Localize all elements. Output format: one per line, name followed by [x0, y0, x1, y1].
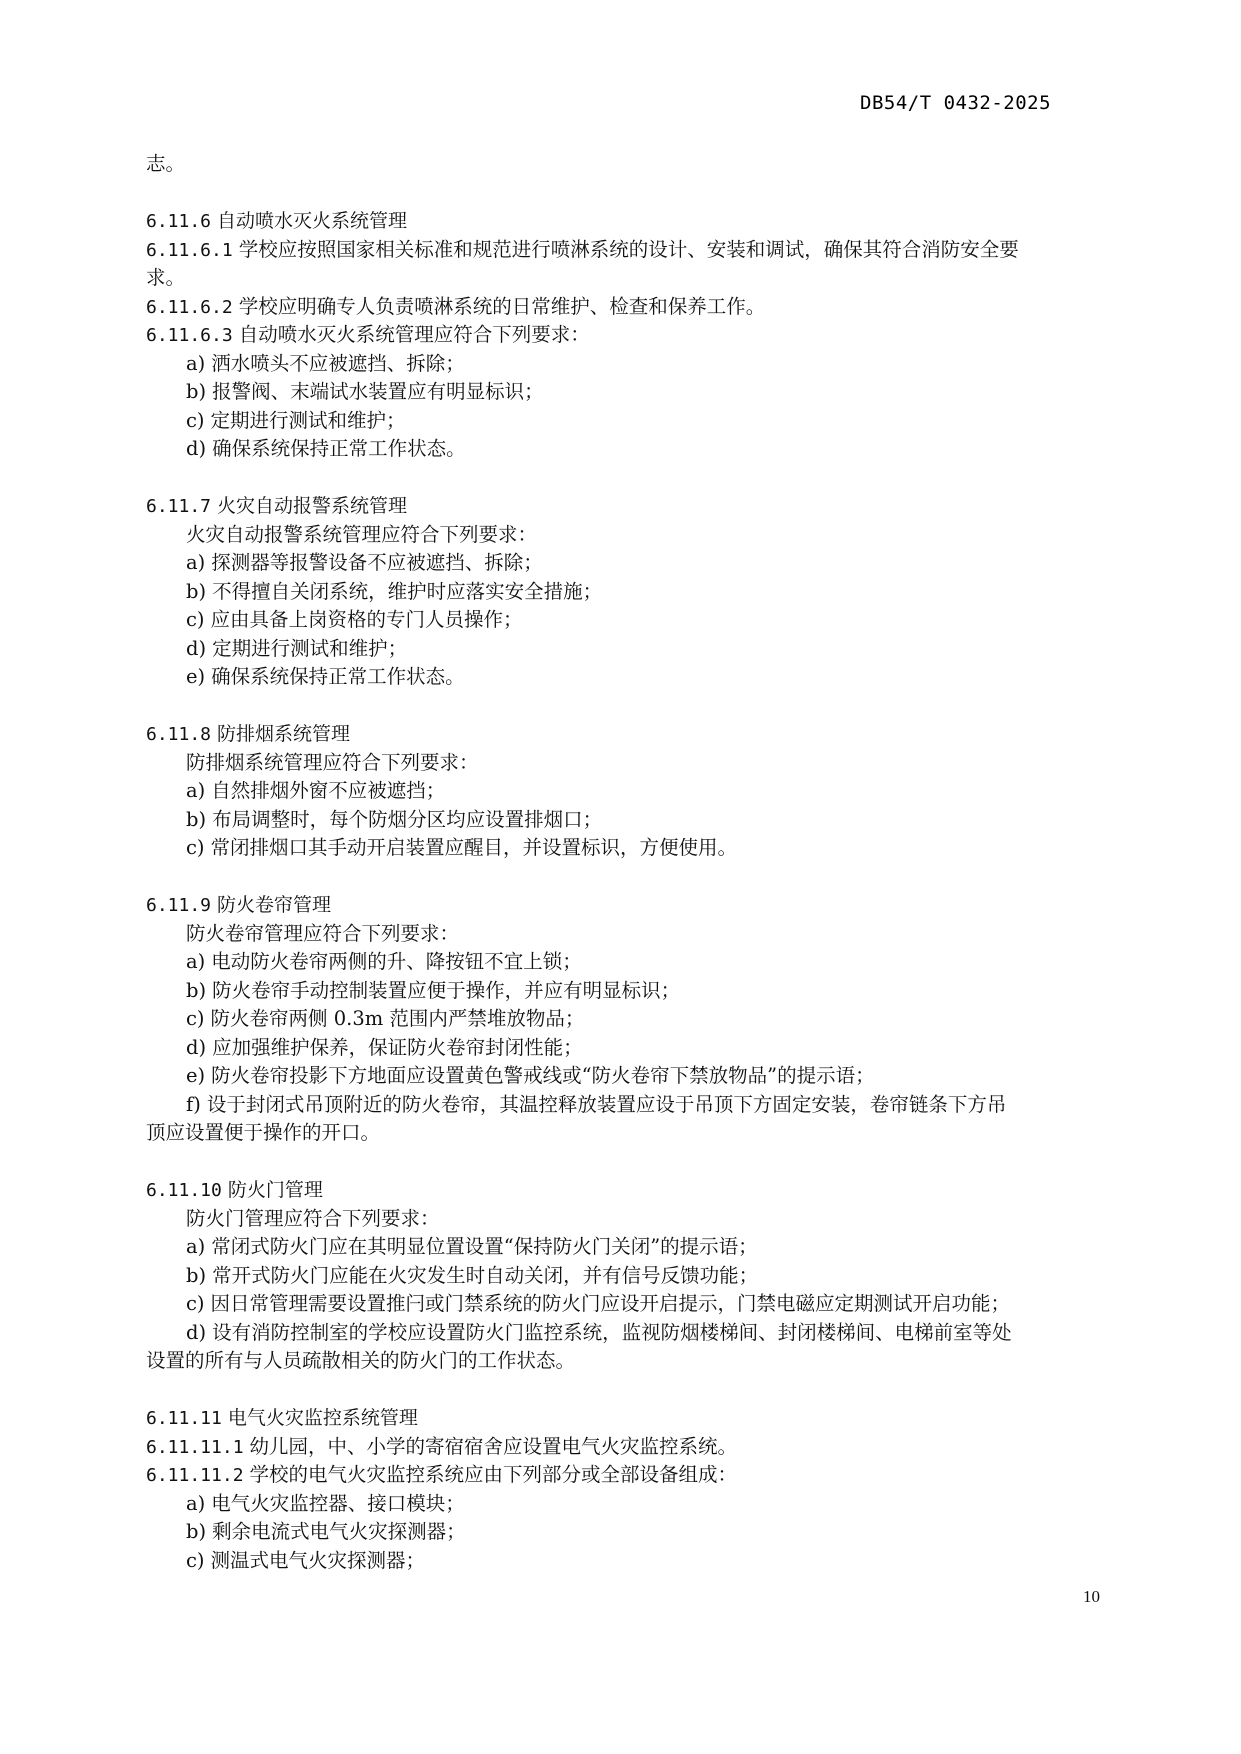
clause-number: 6.11.6.1 [146, 240, 233, 261]
list-text: 测温式电气火灾探测器； [211, 1549, 426, 1572]
list-tag: a) [186, 1235, 205, 1258]
section-heading-6-11-6: 6.11.6自动喷水灭火系统管理 [146, 207, 1126, 236]
list-text: 防火卷帘手动控制装置应便于操作，并应有明显标识； [212, 979, 680, 1002]
list-item: b)防火卷帘手动控制装置应便于操作，并应有明显标识； [146, 977, 1126, 1006]
list-item: b)常开式防火门应能在火灾发生时自动关闭，并有信号反馈功能； [146, 1262, 1126, 1291]
spacer [146, 179, 1126, 208]
list-text: 电动防火卷帘两侧的升、降按钮不宜上锁； [211, 950, 582, 973]
clause-text: 学校应明确专人负责喷淋系统的日常维护、检查和保养工作。 [239, 295, 766, 318]
clause-text: 学校应按照国家相关标准和规范进行喷淋系统的设计、安装和调试，确保其符合消防安全要 [239, 238, 1019, 261]
list-item: c)常闭排烟口其手动开启装置应醒目，并设置标识，方便使用。 [146, 834, 1126, 863]
list-tag: a) [186, 551, 205, 574]
list-text: 自然排烟外窗不应被遮挡； [211, 779, 445, 802]
list-tag: d) [186, 437, 206, 460]
clause-6-11-11-1: 6.11.11.1幼儿园，中、小学的寄宿宿舍应设置电气火灾监控系统。 [146, 1433, 1126, 1462]
list-tag: f) [186, 1093, 201, 1116]
section-title: 火灾自动报警系统管理 [217, 495, 407, 517]
clause-6-11-6-3: 6.11.6.3自动喷水灭火系统管理应符合下列要求： [146, 321, 1126, 350]
list-tag: a) [186, 779, 205, 802]
section-intro: 火灾自动报警系统管理应符合下列要求： [146, 521, 1126, 550]
list-item: e)防火卷帘投影下方地面应设置黄色警戒线或“防火卷帘下禁放物品”的提示语； [146, 1062, 1126, 1091]
list-item: e)确保系统保持正常工作状态。 [146, 663, 1126, 692]
list-tag: b) [186, 808, 206, 831]
section-number: 6.11.7 [146, 496, 211, 517]
section-intro: 防排烟系统管理应符合下列要求： [146, 749, 1126, 778]
list-text: 防火卷帘两侧 0.3m 范围内严禁堆放物品； [211, 1007, 585, 1030]
list-text: 因日常管理需要设置推闩或门禁系统的防火门应设开启提示，门禁电磁应定期测试开启功能… [211, 1292, 1011, 1315]
list-item: b)不得擅自关闭系统，维护时应落实安全措施； [146, 578, 1126, 607]
list-item: c)应由具备上岗资格的专门人员操作； [146, 606, 1126, 635]
list-text: 探测器等报警设备不应被遮挡、拆除； [211, 551, 543, 574]
list-item: d)确保系统保持正常工作状态。 [146, 435, 1126, 464]
list-text: 应加强维护保养，保证防火卷帘封闭性能； [212, 1036, 583, 1059]
section-intro: 防火卷帘管理应符合下列要求： [146, 920, 1126, 949]
list-text: 常开式防火门应能在火灾发生时自动关闭，并有信号反馈功能； [212, 1264, 758, 1287]
list-text: 布局调整时，每个防烟分区均应设置排烟口； [212, 808, 602, 831]
list-text: 确保系统保持正常工作状态。 [212, 437, 466, 460]
list-item: c)测温式电气火灾探测器； [146, 1547, 1126, 1576]
list-item: b)报警阀、末端试水装置应有明显标识； [146, 378, 1126, 407]
list-item: a)洒水喷头不应被遮挡、拆除； [146, 350, 1126, 379]
list-tag: e) [186, 1064, 205, 1087]
section-intro: 防火门管理应符合下列要求： [146, 1205, 1126, 1234]
list-tag: c) [186, 1549, 205, 1572]
list-text: 洒水喷头不应被遮挡、拆除； [211, 352, 465, 375]
list-tag: c) [186, 1292, 205, 1315]
section-title: 防火卷帘管理 [217, 894, 331, 916]
list-tag: d) [186, 1036, 206, 1059]
list-tag: e) [186, 665, 205, 688]
list-item: c)防火卷帘两侧 0.3m 范围内严禁堆放物品； [146, 1005, 1126, 1034]
section-title: 自动喷水灭火系统管理 [217, 210, 407, 232]
list-item: b)布局调整时，每个防烟分区均应设置排烟口； [146, 806, 1126, 835]
list-item-continuation: 顶应设置便于操作的开口。 [146, 1119, 1126, 1148]
list-text: 定期进行测试和维护； [211, 409, 406, 432]
list-tag: d) [186, 1321, 206, 1344]
section-heading-6-11-10: 6.11.10防火门管理 [146, 1176, 1126, 1205]
list-text: 应由具备上岗资格的专门人员操作； [211, 608, 523, 631]
list-item: a)探测器等报警设备不应被遮挡、拆除； [146, 549, 1126, 578]
clause-number: 6.11.6.3 [146, 325, 233, 346]
page-number: 10 [1083, 1587, 1100, 1607]
clause-text: 学校的电气火灾监控系统应由下列部分或全部设备组成： [250, 1463, 738, 1486]
list-tag: d) [186, 637, 206, 660]
spacer [146, 863, 1126, 892]
list-tag: b) [186, 979, 206, 1002]
clause-number: 6.11.11.2 [146, 1465, 244, 1486]
list-tag: c) [186, 409, 205, 432]
list-item: c)定期进行测试和维护； [146, 407, 1126, 436]
document-code-header: DB54/T 0432-2025 [860, 92, 1051, 114]
list-text: 防火卷帘投影下方地面应设置黄色警戒线或“防火卷帘下禁放物品”的提示语； [211, 1064, 874, 1087]
document-body: 志。 6.11.6自动喷水灭火系统管理 6.11.6.1学校应按照国家相关标准和… [146, 150, 1126, 1575]
list-tag: a) [186, 950, 205, 973]
list-tag: b) [186, 580, 206, 603]
list-tag: b) [186, 1264, 206, 1287]
list-text: 确保系统保持正常工作状态。 [211, 665, 465, 688]
section-title: 防火门管理 [228, 1179, 323, 1201]
list-tag: c) [186, 836, 205, 859]
list-text: 常闭式防火门应在其明显位置设置“保持防火门关闭”的提示语； [211, 1235, 757, 1258]
section-number: 6.11.9 [146, 895, 211, 916]
list-item: a)自然排烟外窗不应被遮挡； [146, 777, 1126, 806]
section-heading-6-11-7: 6.11.7火灾自动报警系统管理 [146, 492, 1126, 521]
section-number: 6.11.10 [146, 1180, 222, 1201]
list-tag: c) [186, 608, 205, 631]
section-heading-6-11-8: 6.11.8防排烟系统管理 [146, 720, 1126, 749]
list-text: 报警阀、末端试水装置应有明显标识； [212, 380, 544, 403]
list-tag: b) [186, 1520, 206, 1543]
list-text: 电气火灾监控器、接口模块； [211, 1492, 465, 1515]
spacer [146, 692, 1126, 721]
list-text: 不得擅自关闭系统，维护时应落实安全措施； [212, 580, 602, 603]
spacer [146, 1148, 1126, 1177]
section-number: 6.11.11 [146, 1408, 222, 1429]
list-item: a)常闭式防火门应在其明显位置设置“保持防火门关闭”的提示语； [146, 1233, 1126, 1262]
spacer [146, 1376, 1126, 1405]
spacer [146, 464, 1126, 493]
lead-fragment: 志。 [146, 150, 1126, 179]
list-item: d)定期进行测试和维护； [146, 635, 1126, 664]
list-text: 设有消防控制室的学校应设置防火门监控系统，监视防烟楼梯间、封闭楼梯间、电梯前室等… [212, 1321, 1012, 1344]
section-title: 电气火灾监控系统管理 [228, 1407, 418, 1429]
section-number: 6.11.8 [146, 724, 211, 745]
list-item: a)电气火灾监控器、接口模块； [146, 1490, 1126, 1519]
list-text: 设于封闭式吊顶附近的防火卷帘，其温控释放装置应设于吊顶下方固定安装，卷帘链条下方… [207, 1093, 1007, 1116]
list-tag: a) [186, 1492, 205, 1515]
clause-number: 6.11.11.1 [146, 1437, 244, 1458]
list-text: 剩余电流式电气火灾探测器； [212, 1520, 466, 1543]
section-number: 6.11.6 [146, 211, 211, 232]
list-item: f)设于封闭式吊顶附近的防火卷帘，其温控释放装置应设于吊顶下方固定安装，卷帘链条… [146, 1091, 1126, 1120]
list-text: 常闭排烟口其手动开启装置应醒目，并设置标识，方便使用。 [211, 836, 738, 859]
list-tag: a) [186, 352, 205, 375]
section-heading-6-11-11: 6.11.11电气火灾监控系统管理 [146, 1404, 1126, 1433]
clause-6-11-6-1: 6.11.6.1学校应按照国家相关标准和规范进行喷淋系统的设计、安装和调试，确保… [146, 236, 1126, 265]
section-title: 防排烟系统管理 [217, 723, 350, 745]
list-tag: b) [186, 380, 206, 403]
list-item-continuation: 设置的所有与人员疏散相关的防火门的工作状态。 [146, 1347, 1126, 1376]
list-item: b)剩余电流式电气火灾探测器； [146, 1518, 1126, 1547]
section-heading-6-11-9: 6.11.9防火卷帘管理 [146, 891, 1126, 920]
clause-text: 幼儿园，中、小学的寄宿宿舍应设置电气火灾监控系统。 [250, 1435, 738, 1458]
clause-number: 6.11.6.2 [146, 297, 233, 318]
list-item: d)应加强维护保养，保证防火卷帘封闭性能； [146, 1034, 1126, 1063]
clause-6-11-11-2: 6.11.11.2学校的电气火灾监控系统应由下列部分或全部设备组成： [146, 1461, 1126, 1490]
list-text: 定期进行测试和维护； [212, 637, 407, 660]
clause-6-11-6-2: 6.11.6.2学校应明确专人负责喷淋系统的日常维护、检查和保养工作。 [146, 293, 1126, 322]
list-item: d)设有消防控制室的学校应设置防火门监控系统，监视防烟楼梯间、封闭楼梯间、电梯前… [146, 1319, 1126, 1348]
list-item: c)因日常管理需要设置推闩或门禁系统的防火门应设开启提示，门禁电磁应定期测试开启… [146, 1290, 1126, 1319]
clause-continuation: 求。 [146, 264, 1126, 293]
clause-text: 自动喷水灭火系统管理应符合下列要求： [239, 323, 590, 346]
list-tag: c) [186, 1007, 205, 1030]
list-item: a)电动防火卷帘两侧的升、降按钮不宜上锁； [146, 948, 1126, 977]
